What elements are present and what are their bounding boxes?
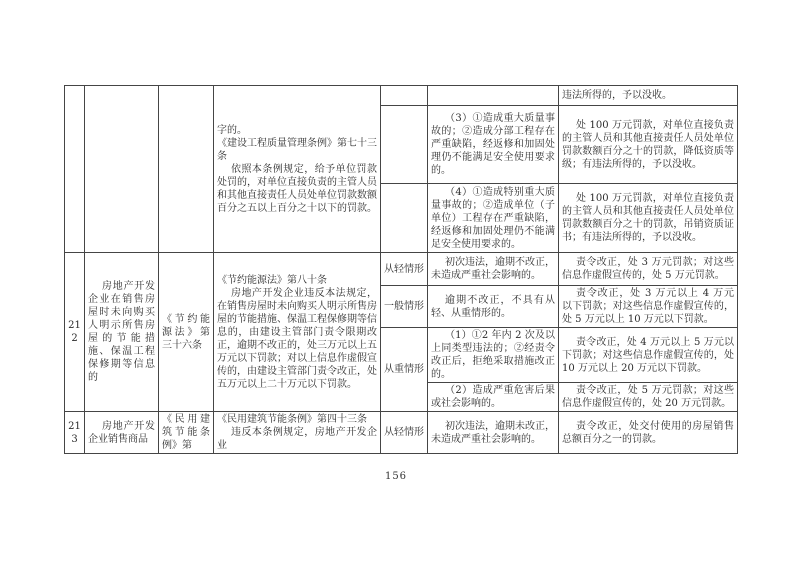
violation-cell: 房地产开发企业销售商品 xyxy=(85,412,159,454)
table-row-continuation-sub1: 字的。 《建设工程质量管理条例》第七十三条 依照本条例规定，给予单位罚款处罚的，… xyxy=(65,86,738,106)
situation-desc-cell-empty xyxy=(428,86,559,106)
law-basis-text: 《建设工程质量管理条例》第七十三条 xyxy=(217,137,377,163)
page-number: 156 xyxy=(0,471,792,482)
situation-text: 初次违法，逾期未改正，未造成严重社会影响的。 xyxy=(431,420,555,446)
law-basis-text: 字的。 xyxy=(217,124,377,137)
penalty-text: 责令改正，处 5 万元罚款；对这些信息作虚假宣传的，处 20 万元罚款。 xyxy=(562,384,734,410)
situation-text: （2）造成严重危害后果或社会影响的。 xyxy=(431,384,555,410)
situation-desc-cell: 逾期不改正，不具有从轻、从重情形的。 xyxy=(428,286,559,328)
situation-text: （4）①造成特别重大质量事故的；②造成单位（子单位）工程存在严重缺陷，经返修和加… xyxy=(431,186,555,251)
law-basis-text: 《节约能源法》第八十条 xyxy=(217,274,377,287)
violation-cell: 房地产开发企业在销售房屋时未向购买人明示所售房屋的节能措施、保温工程保修期等信息… xyxy=(85,253,159,412)
situation-text: （1）①2 年内 2 次及以上同类型违法的；②经责令改正后，拒绝采取措施改正的。 xyxy=(431,329,555,381)
law-basis-text: 依照本条例规定，给予单位罚款处罚的，对单位直接负责的主管人员和其他直接责任人员处… xyxy=(217,163,377,215)
law-name-text: 《节约能源法》第三十六条 xyxy=(162,313,210,352)
penalty-cell: 违法所得的，予以没收。 xyxy=(559,86,738,106)
penalty-cell: 责令改正，处 5 万元罚款；对这些信息作虚假宣传的，处 20 万元罚款。 xyxy=(559,383,738,412)
law-basis-cell: 《民用建筑节能条例》第四十三条 违反本条例规定，房地产开发企业 xyxy=(214,412,381,454)
law-name-cell: 《节约能源法》第三十六条 xyxy=(159,253,214,412)
situation-desc-cell: （1）①2 年内 2 次及以上同类型违法的；②经责令改正后，拒绝采取措施改正的。 xyxy=(428,328,559,383)
penalty-text: 责令改正，处 3 万元以上 4 万元 以下罚款；对这些信息作虚假宣传的，处 5 … xyxy=(562,287,734,326)
situation-text: （3）①造成重大质量事故的；②造成分部工程存在严重缺陷，经返修和加固处理仍不能满… xyxy=(431,112,555,177)
penalty-text: 违法所得的，予以没收。 xyxy=(562,89,734,102)
penalty-cell: 责令改正，处 4 万元以上 5 万元以下罚款；对这些信息作虚假宣传的，处 10 … xyxy=(559,328,738,383)
situation-text: 逾期不改正，不具有从轻、从重情形的。 xyxy=(431,294,555,320)
law-basis-cell: 《节约能源法》第八十条 房地产开发企业违反本法规定，在销售房屋时未向购买人明示所… xyxy=(214,253,381,412)
situation-desc-cell: （2）造成严重危害后果或社会影响的。 xyxy=(428,383,559,412)
situation-desc-cell: （3）①造成重大质量事故的；②造成分部工程存在严重缺陷，经返修和加固处理仍不能满… xyxy=(428,106,559,184)
situation-type-cell-empty xyxy=(381,184,428,253)
law-basis-text: 房地产开发企业违反本法规定，在销售房屋时未向购买人明示所售房屋的节能措施、保温工… xyxy=(217,287,377,391)
violation-text: 房地产开发企业销售商品 xyxy=(88,420,155,446)
penalty-cell: 责令改正，处 3 万元罚款；对这些信息作虚假宣传的，处 5 万元罚款。 xyxy=(559,253,738,286)
penalty-text: 处 100 万元罚款，对单位直接负责的主管人员和其他直接责任人员处单位罚款数额百… xyxy=(562,192,734,244)
law-name-text: 《民用建筑节能条例》第 xyxy=(162,413,210,452)
penalty-cell: 处 100 万元罚款，对单位直接负责的主管人员和其他直接责任人员处单位罚款数额百… xyxy=(559,106,738,184)
situation-type-cell-empty xyxy=(381,86,428,106)
situation-type-cell-empty xyxy=(381,106,428,184)
penalty-regulations-table: 字的。 《建设工程质量管理条例》第七十三条 依照本条例规定，给予单位罚款处罚的，… xyxy=(64,85,738,454)
law-name-cell: 《民用建筑节能条例》第 xyxy=(159,412,214,454)
law-basis-text: 《民用建筑节能条例》第四十三条 xyxy=(217,413,377,426)
document-page: 字的。 《建设工程质量管理条例》第七十三条 依照本条例规定，给予单位罚款处罚的，… xyxy=(0,0,800,565)
situation-type-cell: 从重情形 xyxy=(381,328,428,412)
law-basis-text: 违反本条例规定，房地产开发企业 xyxy=(217,426,377,452)
table-row-213: 213 房地产开发企业销售商品 《民用建筑节能条例》第 《民用建筑节能条例》第四… xyxy=(65,412,738,454)
situation-desc-cell: （4）①造成特别重大质量事故的；②造成单位（子单位）工程存在严重缺陷，经返修和加… xyxy=(428,184,559,253)
situation-desc-cell: 初次违法，逾期未改正，未造成严重社会影响的。 xyxy=(428,412,559,454)
penalty-text: 处 100 万元罚款，对单位直接负责的主管人员和其他直接责任人员处单位罚款数额百… xyxy=(562,119,734,171)
penalty-cell: 责令改正，处交付使用的房屋销售总额百分之一的罚款。 xyxy=(559,412,738,454)
violation-cell-empty xyxy=(85,86,159,253)
table-row-212-light: 212 房地产开发企业在销售房屋时未向购买人明示所售房屋的节能措施、保温工程保修… xyxy=(65,253,738,286)
situation-type-cell: 从轻情形 xyxy=(381,412,428,454)
law-basis-cell: 字的。 《建设工程质量管理条例》第七十三条 依照本条例规定，给予单位罚款处罚的，… xyxy=(214,86,381,253)
situation-desc-cell: 初次违法，逾期不改正，未造成严重社会影响的。 xyxy=(428,253,559,286)
violation-text: 房地产开发企业在销售房屋时未向购买人明示所售房屋的节能措施、保温工程保修期等信息… xyxy=(88,280,155,384)
penalty-cell: 处 100 万元罚款，对单位直接负责的主管人员和其他直接责任人员处单位罚款数额百… xyxy=(559,184,738,253)
seq-cell: 213 xyxy=(65,412,85,454)
situation-type-cell: 一般情形 xyxy=(381,286,428,328)
law-name-cell-empty xyxy=(159,86,214,253)
situation-text: 初次违法，逾期不改正，未造成严重社会影响的。 xyxy=(431,256,555,282)
penalty-text: 责令改正，处交付使用的房屋销售总额百分之一的罚款。 xyxy=(562,420,734,446)
penalty-text: 责令改正，处 3 万元罚款；对这些信息作虚假宣传的，处 5 万元罚款。 xyxy=(562,256,734,282)
seq-cell-empty xyxy=(65,86,85,253)
seq-cell: 212 xyxy=(65,253,85,412)
situation-type-cell: 从轻情形 xyxy=(381,253,428,286)
penalty-text: 责令改正，处 4 万元以上 5 万元以下罚款；对这些信息作虚假宣传的，处 10 … xyxy=(562,336,734,375)
penalty-cell: 责令改正，处 3 万元以上 4 万元 以下罚款；对这些信息作虚假宣传的，处 5 … xyxy=(559,286,738,328)
